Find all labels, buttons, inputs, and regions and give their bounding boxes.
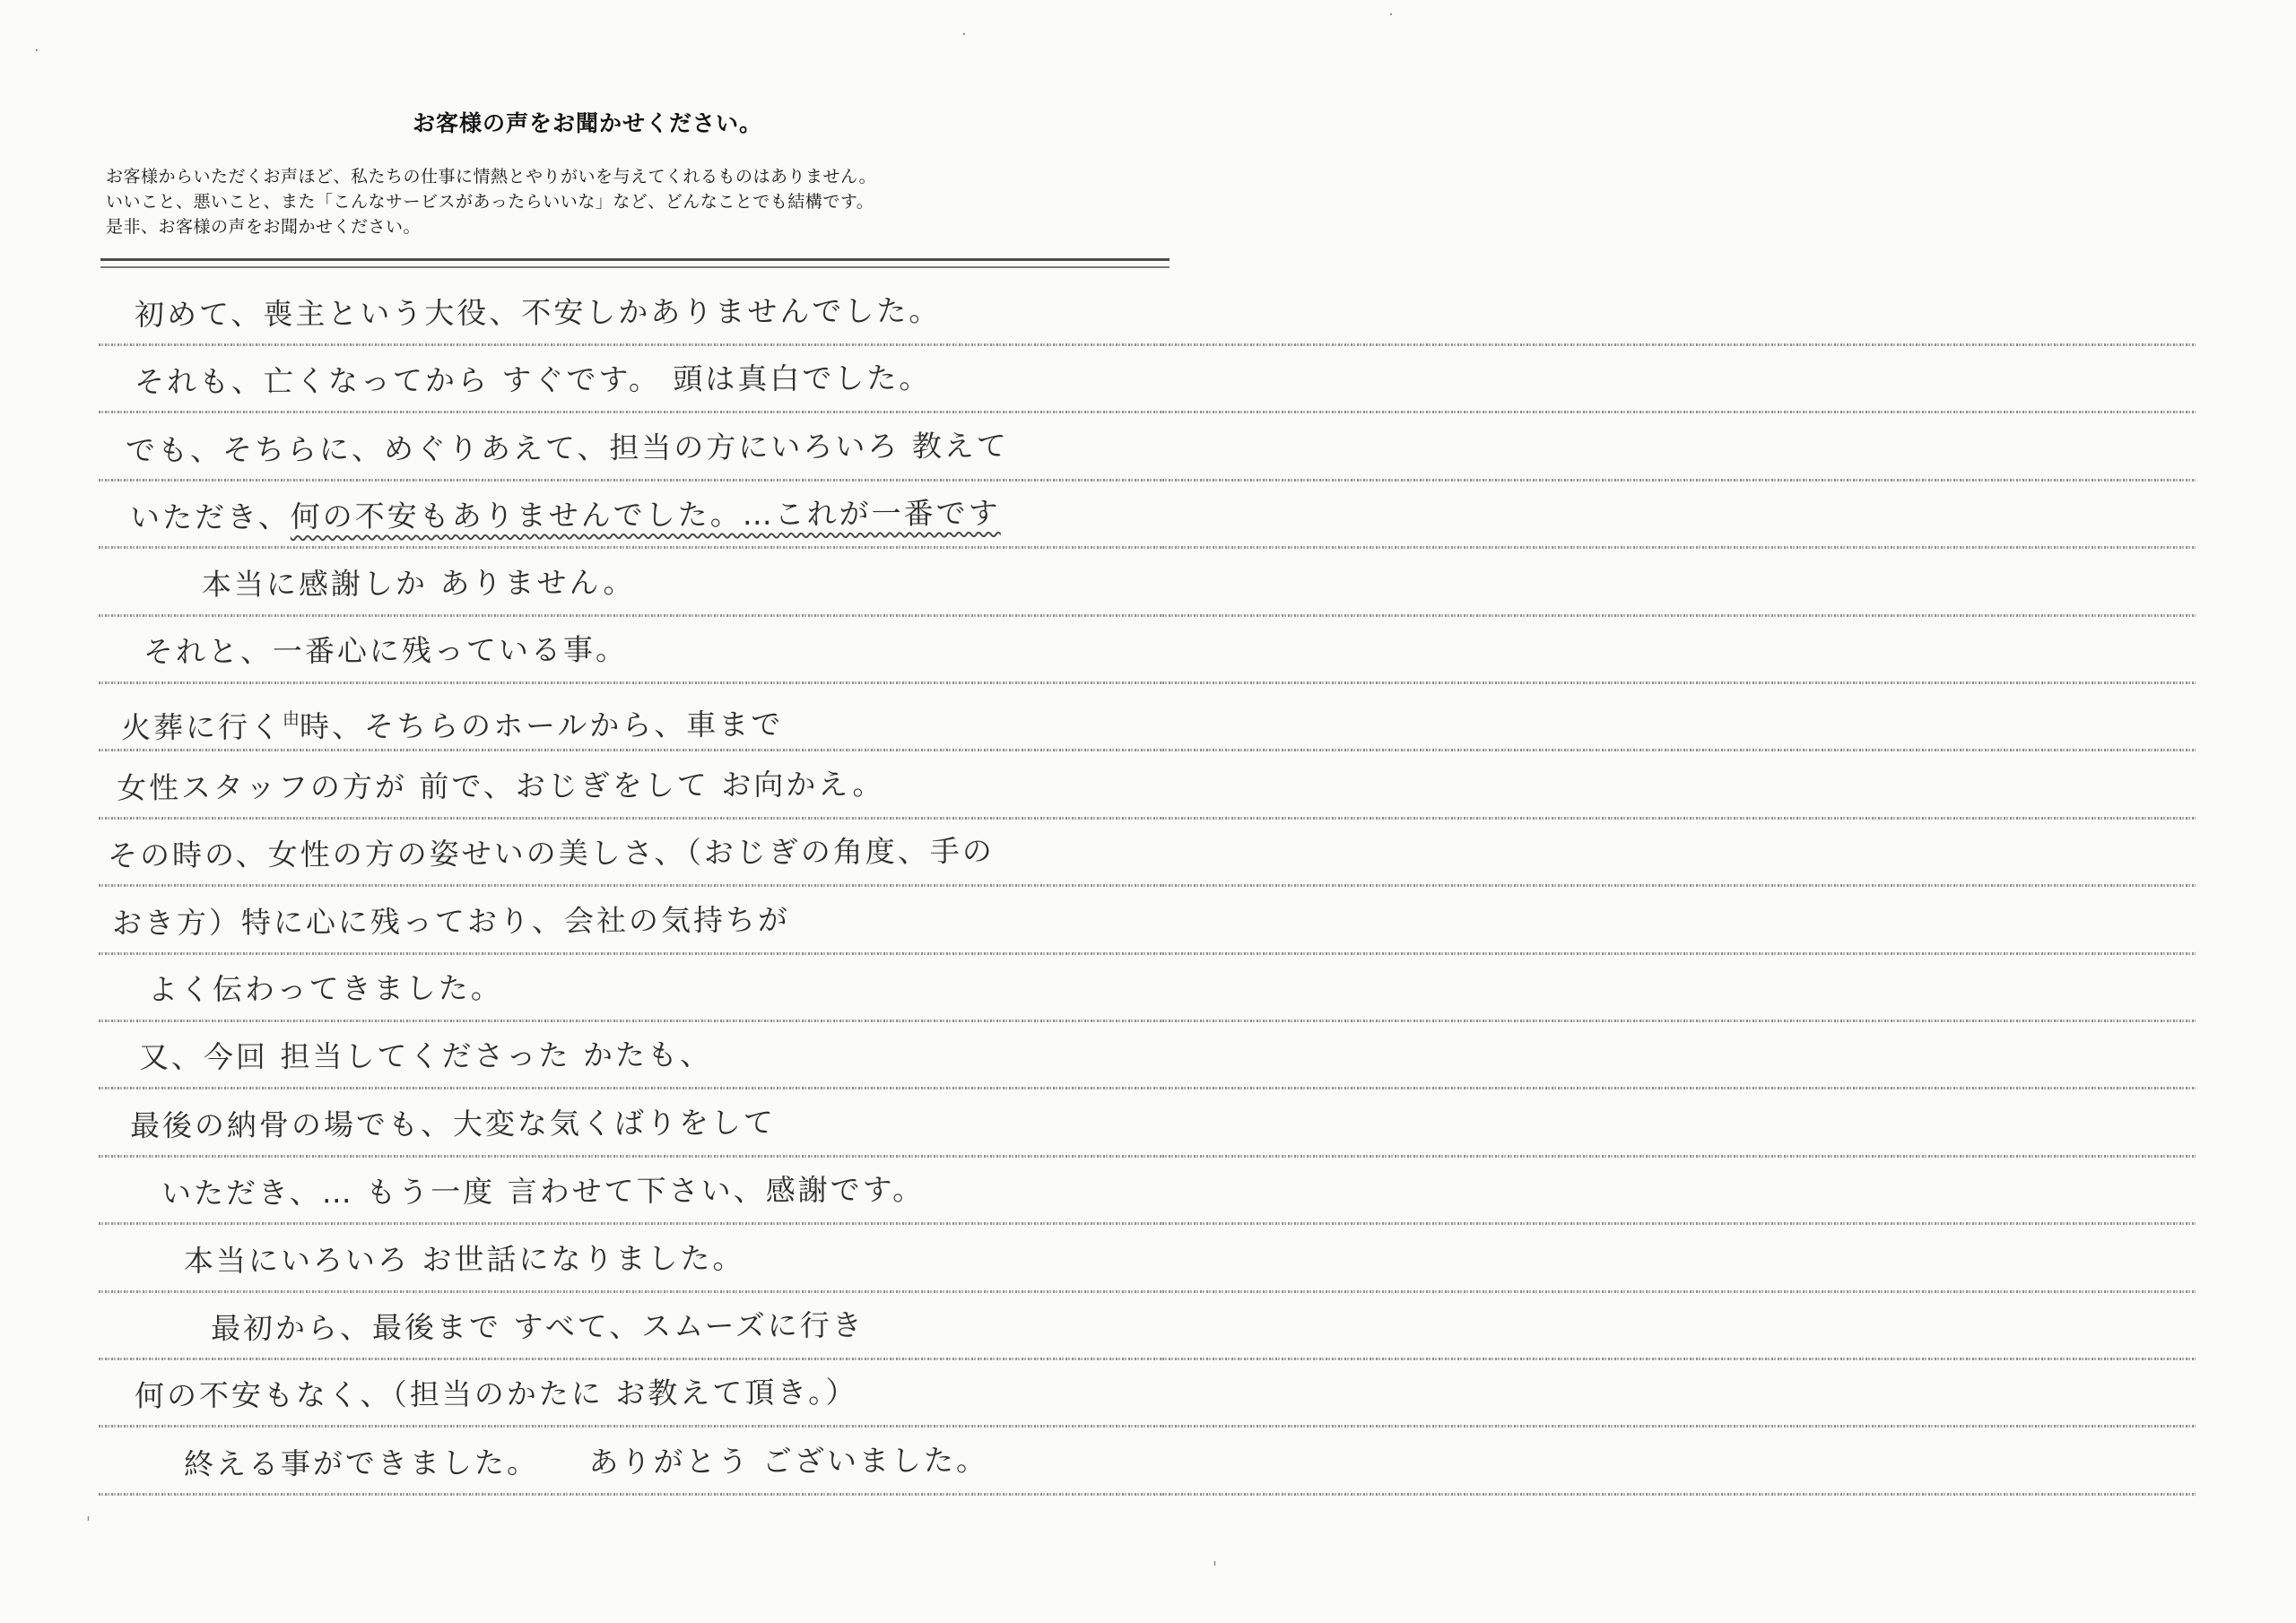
ruled-line <box>1162 681 2196 684</box>
ruled-line <box>99 1425 1162 1428</box>
ruled-line <box>99 749 1162 751</box>
ruled-line <box>99 817 1162 820</box>
handwriting-text: 時、そちらのホールから、車まで <box>300 707 784 744</box>
ruled-line <box>99 1087 1162 1089</box>
scanned-feedback-form: お客様の声をお聞かせください。 お客様からいただくお声ほど、私たちの仕事に情熱と… <box>0 0 2296 1623</box>
ruled-line <box>1162 1222 2196 1225</box>
handwriting-line-12: 又、今回 担当してくださった かたも、 <box>139 1035 712 1077</box>
ruled-line <box>99 1155 1162 1158</box>
handwriting-inserted-char: 由 <box>283 709 300 729</box>
ruled-line <box>99 884 1162 887</box>
ruled-line <box>1162 479 2196 482</box>
ruled-line <box>99 1020 1162 1022</box>
handwriting-text: 本当に感謝しか ありません。 <box>202 565 636 603</box>
handwriting-line-15: 本当にいろいろ お世話になりました。 <box>184 1238 745 1280</box>
handwriting-line-13: 最後の納骨の場でも、大変な気くばりをして <box>130 1103 776 1146</box>
ruled-line <box>1162 1493 2196 1496</box>
handwriting-line-4: いただき、何の不安もありませんでした。…これが一番です <box>130 493 1001 537</box>
ruled-line <box>99 546 1162 549</box>
handwriting-text: 又、今回 担当してくださった かたも、 <box>139 1037 712 1074</box>
scan-speck: ' <box>86 1514 91 1532</box>
handwriting-text: おき方）特に心に残っており、会社の気持ちが <box>112 902 790 941</box>
handwriting-text: よく伝わってきました。 <box>148 970 503 1007</box>
ruled-line <box>99 1358 1162 1360</box>
ruled-line <box>1162 343 2196 346</box>
handwriting-line-17: 何の不安もなく、（担当のかたに お教えて頂き。） <box>135 1373 858 1416</box>
handwriting-text: その時の、女性の方の姿せいの美しさ、（おじぎの角度、手の <box>108 833 995 872</box>
ruled-line <box>1162 546 2196 549</box>
header-divider <box>100 258 1170 268</box>
handwriting-text: それも、亡くなってから すぐです。 頭は真白でした。 <box>135 360 932 400</box>
handwriting-line-18: 終える事ができました。 ありがとう ございました。 <box>184 1441 988 1485</box>
ruled-line <box>99 1290 1162 1293</box>
handwriting-text: 火葬に行く <box>121 709 283 745</box>
ruled-line <box>1162 749 2196 751</box>
intro-line: いいこと、悪いこと、また「こんなサービスがあったらいいな」など、どんなことでも結… <box>106 190 876 215</box>
handwriting-text: いただき、… もう一度 言わせて下さい、感謝です。 <box>161 1172 925 1211</box>
handwriting-line-5: 本当に感謝しか ありません。 <box>202 563 636 605</box>
ruled-line <box>1162 817 2196 820</box>
handwriting-text: 終える事ができました。 ありがとう ございました。 <box>184 1443 988 1482</box>
handwriting-text: 初めて、喪主という大役、不安しかありませんでした。 <box>135 293 942 333</box>
intro-line: 是非、お客様の声をお聞かせください。 <box>106 215 876 240</box>
ruled-line <box>1162 1087 2196 1089</box>
scan-speck: · <box>1388 5 1394 24</box>
ruled-line <box>1162 614 2196 617</box>
handwriting-line-11: よく伝わってきました。 <box>148 968 503 1010</box>
ruled-line <box>1162 1155 2196 1158</box>
handwriting-line-6: それと、一番心に残っている事。 <box>143 630 628 673</box>
handwriting-text: 本当にいろいろ お世話になりました。 <box>184 1240 745 1278</box>
ruled-line <box>99 1493 1162 1496</box>
ruled-line <box>99 614 1162 617</box>
handwriting-line-2: それも、亡くなってから すぐです。 頭は真白でした。 <box>135 359 932 403</box>
form-intro: お客様からいただくお声ほど、私たちの仕事に情熱とやりがいを与えてくれるものはあり… <box>106 165 876 240</box>
handwriting-text: でも、そちらに、めぐりあえて、担当の方にいろいろ 教えて <box>126 428 1009 467</box>
intro-line: お客様からいただくお声ほど、私たちの仕事に情熱とやりがいを与えてくれるものはあり… <box>106 165 876 190</box>
handwriting-underlined-text: 何の不安もありませんでした。…これが一番です <box>291 495 1001 534</box>
handwriting-text: 最後の納骨の場でも、大変な気くばりをして <box>130 1105 776 1143</box>
ruled-line <box>99 681 1162 684</box>
handwriting-line-10: おき方）特に心に残っており、会社の気持ちが <box>112 900 790 943</box>
ruled-line <box>99 952 1162 955</box>
handwriting-line-1: 初めて、喪主という大役、不安しかありませんでした。 <box>135 291 942 335</box>
scan-speck: · <box>34 41 39 60</box>
handwriting-line-9: その時の、女性の方の姿せいの美しさ、（おじぎの角度、手の <box>108 831 995 875</box>
ruled-line <box>1162 952 2196 955</box>
form-title: お客様の声をお聞かせください。 <box>413 106 762 138</box>
ruled-line <box>1162 1425 2196 1428</box>
handwriting-text: 最初から、最後まで すべて、スムーズに行き <box>211 1307 865 1346</box>
handwriting-line-7: 火葬に行く由時、そちらのホールから、車まで <box>121 697 784 748</box>
ruled-line <box>1162 1358 2196 1360</box>
handwriting-line-16: 最初から、最後まで すべて、スムーズに行き <box>211 1306 865 1349</box>
handwriting-line-3: でも、そちらに、めぐりあえて、担当の方にいろいろ 教えて <box>126 426 1009 470</box>
handwriting-text: いただき、 <box>130 499 291 535</box>
scan-speck: · <box>961 25 967 44</box>
ruled-line <box>99 343 1162 346</box>
ruled-line <box>1162 411 2196 413</box>
handwriting-line-14: いただき、… もう一度 言わせて下さい、感謝です。 <box>161 1170 925 1213</box>
ruled-line <box>1162 1290 2196 1293</box>
handwriting-text: 何の不安もなく、（担当のかたに お教えて頂き。） <box>135 1375 858 1413</box>
ruled-line <box>1162 1020 2196 1022</box>
ruled-line <box>99 411 1162 413</box>
ruled-line <box>99 479 1162 482</box>
handwriting-text: それと、一番心に残っている事。 <box>143 632 628 670</box>
ruled-line <box>1162 884 2196 887</box>
scan-speck: ' <box>1213 1558 1217 1577</box>
ruled-line <box>99 1222 1162 1225</box>
handwriting-text: 女性スタッフの方が 前で、おじぎをして お向かえ。 <box>117 767 885 805</box>
handwriting-line-8: 女性スタッフの方が 前で、おじぎをして お向かえ。 <box>117 765 885 808</box>
